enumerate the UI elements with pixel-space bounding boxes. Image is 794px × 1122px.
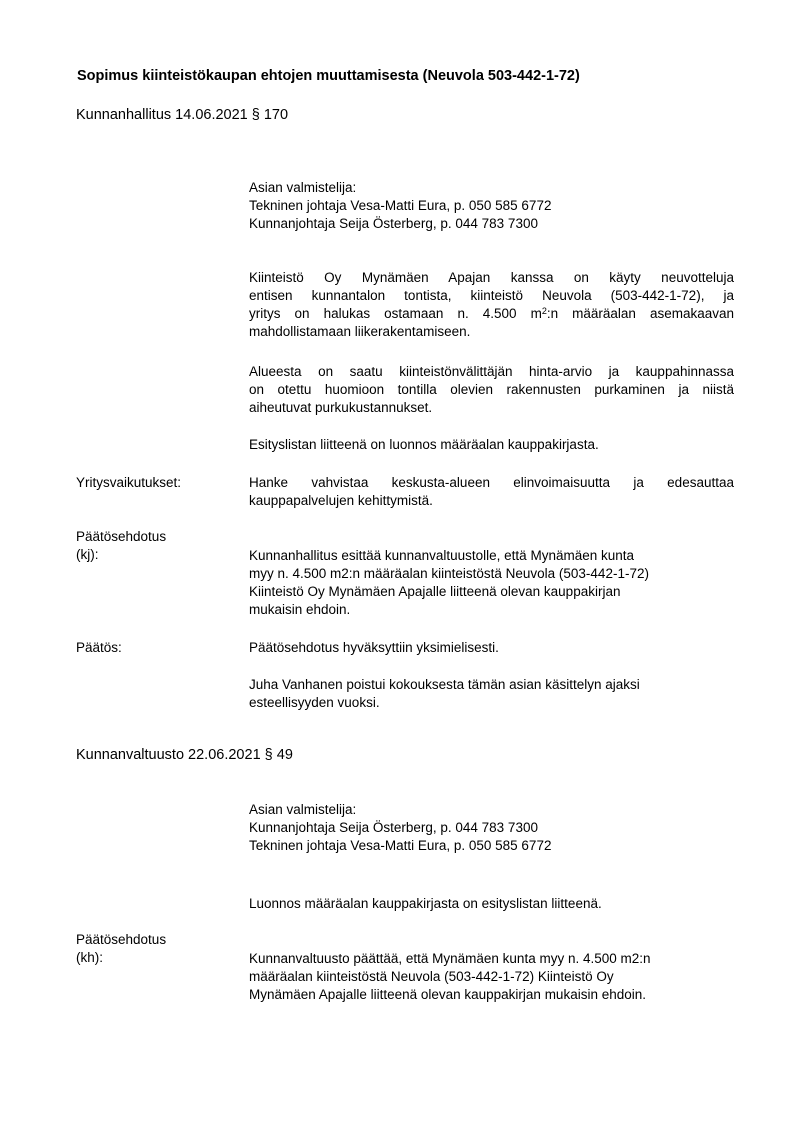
paragraph-line: mahdollistamaan liikerakentamiseen.: [249, 323, 734, 341]
business-effects-text: Hanke vahvistaa keskusta-alueen elinvoim…: [249, 474, 734, 510]
paragraph-line: Luonnos määräalan kauppakirjasta on esit…: [249, 895, 734, 913]
decision-label: Päätös:: [76, 640, 122, 655]
paragraph-line: Kunnanhallitus esittää kunnanvaltuustoll…: [249, 547, 734, 565]
decision-note: Juha Vanhanen poistui kokouksesta tämän …: [249, 676, 734, 712]
paragraph-line: kauppapalvelujen kehittymistä.: [249, 492, 734, 510]
proposal-label-kj: Päätösehdotus (kj):: [76, 529, 166, 565]
proposal-label-line: (kj):: [76, 547, 166, 565]
preparer-line: Tekninen johtaja Vesa-Matti Eura, p. 050…: [249, 197, 734, 215]
paragraph-attachment: Esityslistan liitteenä on luonnos määräa…: [249, 436, 734, 454]
preparer-block-1: Asian valmistelija: Tekninen johtaja Ves…: [249, 179, 734, 233]
proposal-label-line: Päätösehdotus: [76, 932, 166, 950]
paragraph-line: Kiinteistö Oy Mynämäen Apajalle liitteen…: [249, 583, 734, 601]
superscript: 2: [542, 306, 547, 316]
paragraph-line: Päätösehdotus hyväksyttiin yksimielisest…: [249, 639, 734, 657]
paragraph-line: Alueesta on saatu kiinteistönvälittäjän …: [249, 363, 734, 381]
preparer-line: Tekninen johtaja Vesa-Matti Eura, p. 050…: [249, 837, 734, 855]
proposal-label-line: (kh):: [76, 950, 166, 968]
preparer-block-2: Asian valmistelija: Kunnanjohtaja Seija …: [249, 801, 734, 855]
preparer-heading: Asian valmistelija:: [249, 801, 734, 819]
meeting-header-kunnanhallitus: Kunnanhallitus 14.06.2021 § 170: [76, 107, 288, 123]
paragraph-line: myy n. 4.500 m2:n määräalan kiinteistöst…: [249, 565, 734, 583]
preparer-line: Kunnanjohtaja Seija Österberg, p. 044 78…: [249, 215, 734, 233]
decision-text: Päätösehdotus hyväksyttiin yksimielisest…: [249, 639, 734, 657]
paragraph-line: Juha Vanhanen poistui kokouksesta tämän …: [249, 676, 734, 694]
paragraph-line: Kunnanvaltuusto päättää, että Mynämäen k…: [249, 950, 734, 968]
proposal-text-kh: Kunnanvaltuusto päättää, että Mynämäen k…: [249, 950, 734, 1004]
proposal-label-line: Päätösehdotus: [76, 529, 166, 547]
paragraph-line: entisen kunnantalon tontista, kiinteistö…: [249, 287, 734, 305]
paragraph-line: yritys on halukas ostamaan n. 4.500 m2:n…: [249, 305, 734, 323]
paragraph-valuation: Alueesta on saatu kiinteistönvälittäjän …: [249, 363, 734, 417]
proposal-text-kj: Kunnanhallitus esittää kunnanvaltuustoll…: [249, 547, 734, 619]
preparer-heading: Asian valmistelija:: [249, 179, 734, 197]
preparer-line: Kunnanjohtaja Seija Österberg, p. 044 78…: [249, 819, 734, 837]
paragraph-line: esteellisyyden vuoksi.: [249, 694, 734, 712]
document-title: Sopimus kiinteistökaupan ehtojen muuttam…: [77, 68, 580, 84]
paragraph-line: aiheutuvat purkukustannukset.: [249, 399, 734, 417]
paragraph-negotiations: Kiinteistö Oy Mynämäen Apajan kanssa on …: [249, 269, 734, 341]
paragraph-line: Mynämäen Apajalle liitteenä olevan kaupp…: [249, 986, 734, 1004]
meeting-header-kunnanvaltuusto: Kunnanvaltuusto 22.06.2021 § 49: [76, 747, 293, 763]
paragraph-line: määräalan kiinteistöstä Neuvola (503-442…: [249, 968, 734, 986]
business-effects-label: Yritysvaikutukset:: [76, 475, 181, 490]
paragraph-line: Kiinteistö Oy Mynämäen Apajan kanssa on …: [249, 269, 734, 287]
paragraph-attachment-2: Luonnos määräalan kauppakirjasta on esit…: [249, 895, 734, 913]
paragraph-line: on otettu huomioon tontilla olevien rake…: [249, 381, 734, 399]
proposal-label-kh: Päätösehdotus (kh):: [76, 932, 166, 968]
paragraph-line: Esityslistan liitteenä on luonnos määräa…: [249, 436, 734, 454]
paragraph-line: Hanke vahvistaa keskusta-alueen elinvoim…: [249, 474, 734, 492]
paragraph-line: mukaisin ehdoin.: [249, 601, 734, 619]
